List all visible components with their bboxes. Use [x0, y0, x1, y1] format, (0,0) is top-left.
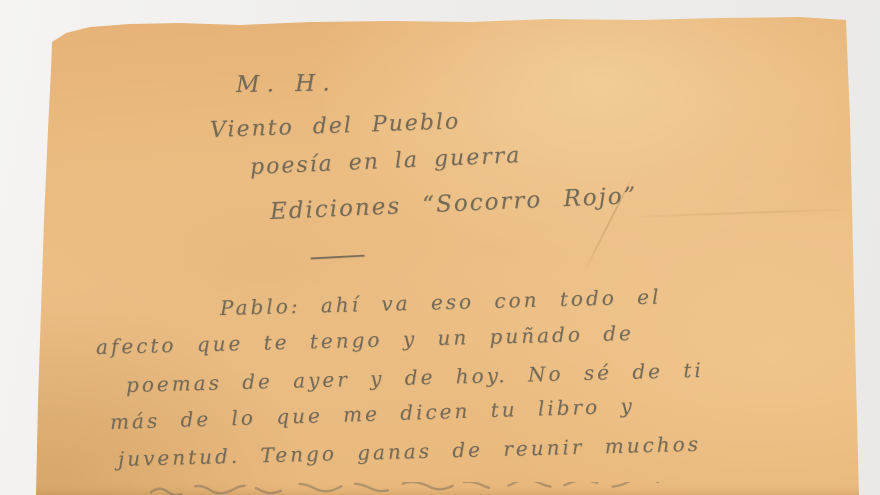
- separator-dash: —: [307, 237, 367, 273]
- photograph: M. H. Viento del Pueblo poesía en la gue…: [0, 0, 880, 495]
- manuscript-paper: M. H. Viento del Pueblo poesía en la gue…: [0, 0, 880, 495]
- author-initials: M. H.: [236, 70, 337, 98]
- handwriting-partial-line: [150, 482, 670, 495]
